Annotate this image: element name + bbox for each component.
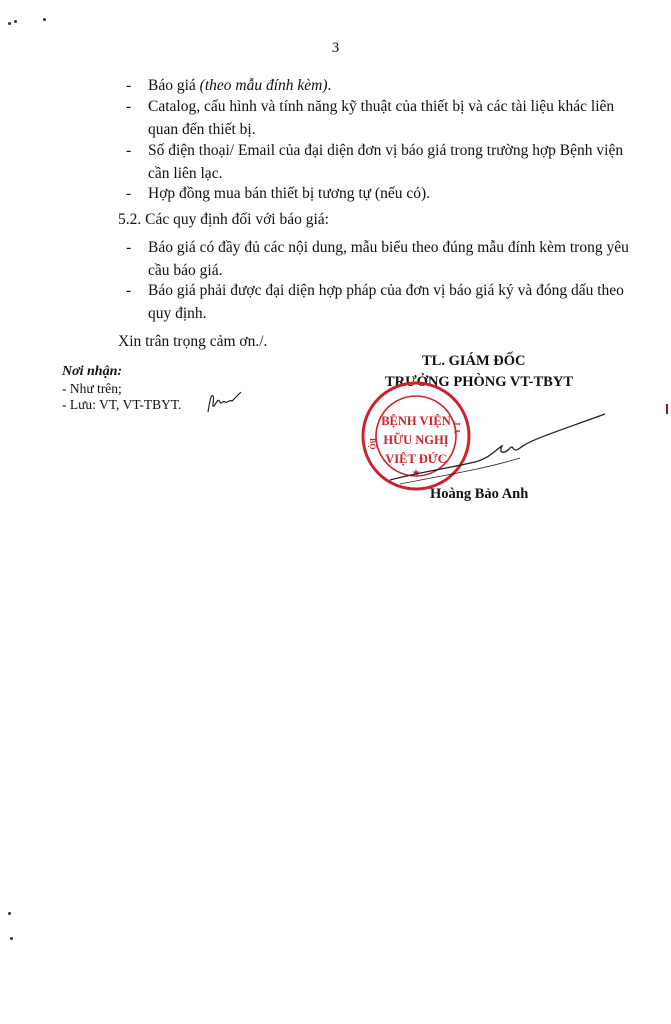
item-line: Báo giá có đầy đủ các nội dung, mẫu biểu… [148, 238, 618, 258]
scan-speck [8, 22, 11, 25]
item-line: quy định. [148, 304, 618, 324]
initials-signature-icon [205, 390, 245, 416]
scan-speck [8, 912, 11, 915]
recipient-item: - Lưu: VT, VT-TBYT. [62, 397, 181, 412]
scan-speck [14, 20, 17, 23]
bullet-dash: - [126, 76, 131, 96]
bullet-dash: - [126, 281, 131, 301]
handwritten-signature-icon [380, 410, 620, 490]
item-line: cần liên lạc. [148, 164, 618, 184]
signer-name: Hoàng Bảo Anh [430, 486, 528, 503]
item-line: Hợp đồng mua bán thiết bị tương tự (nếu … [148, 184, 618, 204]
item-line: cầu báo giá. [148, 261, 618, 281]
bullet-dash: - [126, 184, 131, 204]
item-italic-text: (theo mẫu đính kèm) [200, 77, 328, 94]
scan-speck [43, 18, 46, 21]
recipient-item: - Như trên; [62, 381, 122, 396]
section-heading: 5.2. Các quy định đối với báo giá: [118, 210, 329, 230]
bullet-dash: - [126, 97, 131, 117]
bullet-dash: - [126, 238, 131, 258]
recipients-label: Nơi nhận: [62, 364, 122, 379]
page-number: 3 [0, 40, 671, 57]
item-tail: . [328, 77, 332, 94]
item-line: Số điện thoại/ Email của đại diện đơn vị… [148, 141, 618, 161]
item-line: Báo giá phải được đại diện hợp pháp của … [148, 281, 618, 301]
signature-title-1: TL. GIÁM ĐỐC [422, 353, 526, 370]
item-line: Catalog, cấu hình và tính năng kỹ thuật … [148, 97, 618, 117]
bullet-dash: - [126, 141, 131, 161]
item-line: quan đến thiết bị. [148, 120, 618, 140]
scan-edge-mark [666, 404, 668, 414]
item-text: Báo giá [148, 77, 200, 94]
closing-text: Xin trân trọng cảm ơn./. [118, 332, 267, 352]
scan-speck [10, 937, 13, 940]
